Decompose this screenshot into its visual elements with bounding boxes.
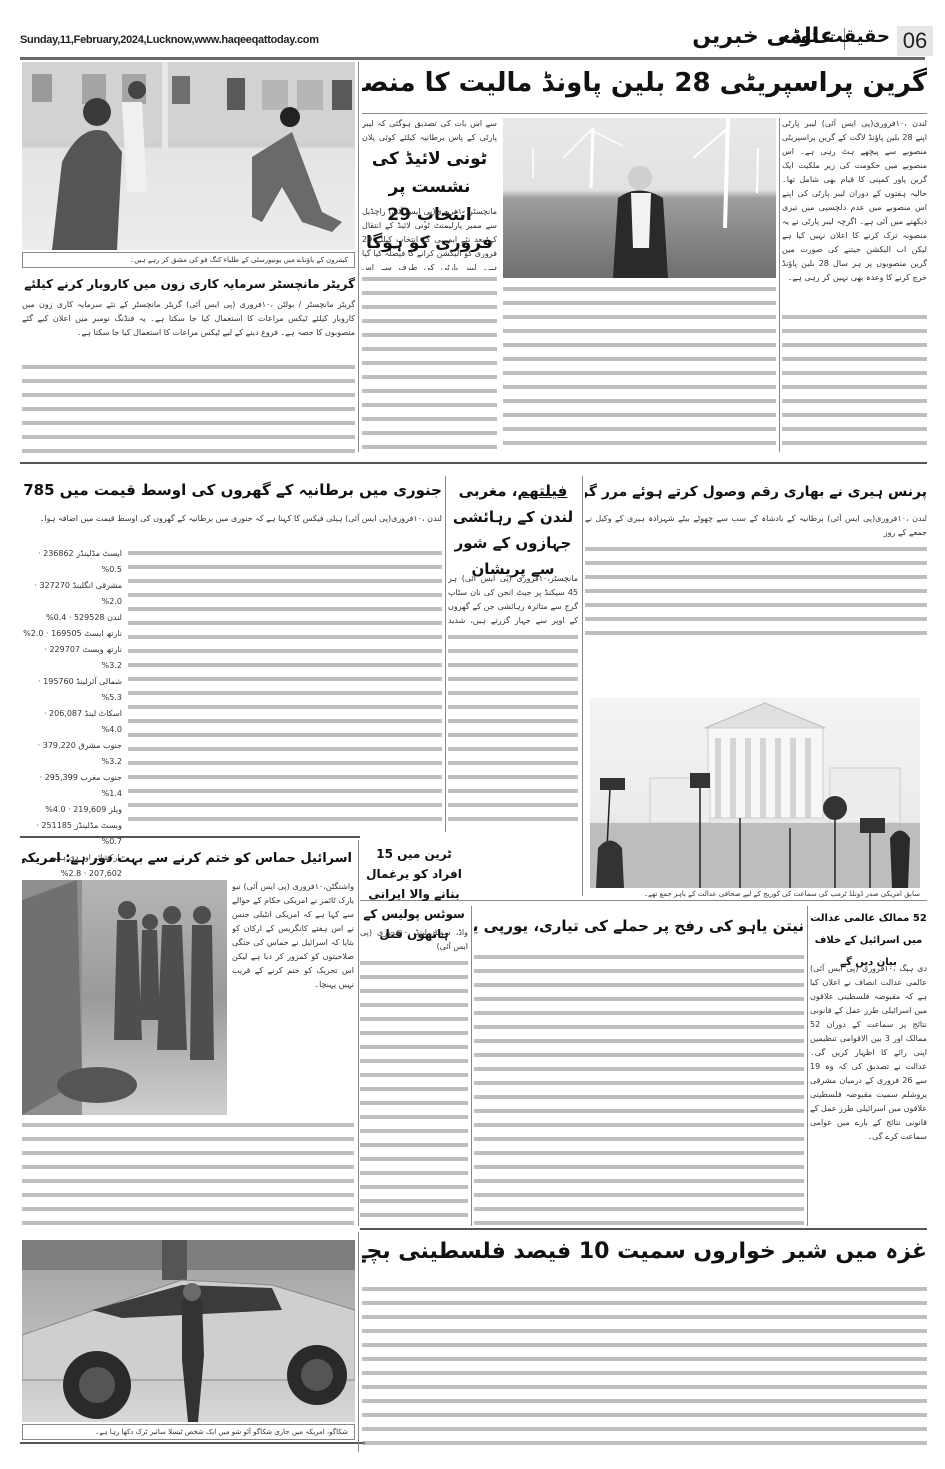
tony-lloyd-headline: ٹونی لائیڈ کی نشست پر انتخاب 29 فروری کو… <box>362 145 497 203</box>
green-prosperity-body: لندن ،۱۰فروری(پی ایس آئی) لیبر پارٹی اپن… <box>782 117 927 307</box>
green-prosperity-headline: گرین پراسپریٹی 28 بلین پاونڈ مالیت کا من… <box>362 60 927 110</box>
green-prosperity-dateline: لندن ،۱۰فروری(پی ایس آئی) لیبر پارٹی اپن… <box>782 119 927 156</box>
greater-manchester-continued-text <box>22 360 355 454</box>
kungfu-photo-caption: کیمرون کے یاؤنڈے میں یونیورسٹی کے طلباء … <box>22 252 355 268</box>
section-rule <box>20 462 927 464</box>
israel-hamas-headline: اسرائیل حماس کو ختم کرنے سے بہت دور ہے: … <box>22 846 352 874</box>
cybertruck-photo-caption: شکاگو، امریکہ میں جاری شکاگو آٹو شو میں … <box>22 1424 355 1440</box>
region-row: جنوب مشرق 379,220 · 3.2% <box>22 738 122 770</box>
region-row: نارتھ ایسٹ 169505 · 2.0% <box>22 626 122 642</box>
tony-lloyd-intro: سے اس بات کی تصدیق ہوگئی کہ لیبر پارٹی ک… <box>362 117 497 145</box>
region-row: ایسٹ مڈلینڈز 236862 · 0.5% <box>22 546 122 578</box>
israel-hamas-dateline: واشنگٹن،۱۰فروری (پی ایس آئی) <box>243 882 354 891</box>
israel-hamas-continued-text <box>22 1118 354 1226</box>
feltham-headline: فیلتھم، مغربی لندن کے رہائشی جہازوں کے ش… <box>448 478 578 568</box>
windfarm-illustration <box>503 118 776 278</box>
region-row: لندن 529528 · 0.4% <box>22 610 122 626</box>
netanyahu-rafah-headline: نیتن یاہو کی رفح پر حملے کی تیاری، یورپی… <box>474 910 804 944</box>
tony-lloyd-dateline: مانچسٹر،۱۰فروری(پی ایس آئی) راچڈیل سے مم… <box>362 207 497 270</box>
icj-52-text: عالمی عدالت انصاف نے اعلان کیا ہے کہ مقب… <box>810 978 927 1141</box>
tony-lloyd-body: مانچسٹر،۱۰فروری(پی ایس آئی) راچڈیل سے مم… <box>362 205 497 270</box>
icj-52-body: دی ہیگ ،۱۰فروری (پی ایس آئی) عالمی عدالت… <box>810 962 927 1226</box>
bottom-rule <box>20 1442 365 1444</box>
column-divider <box>358 840 359 1226</box>
greater-manchester-body: گریٹر مانچسٹر / بولٹن ،۱۰فروری (پی ایس آ… <box>22 298 355 358</box>
section-rule <box>20 836 360 838</box>
section-rule <box>360 1228 927 1230</box>
green-prosperity-continued-text <box>782 310 927 452</box>
green-prosperity-text: اس منصوبے میں حکومت کی زیر ملکیت ایک گری… <box>782 147 927 282</box>
gaza-malnutrition-text <box>362 1282 927 1452</box>
tony-lloyd-continued-text <box>362 272 497 452</box>
icj-52-headline: 52 ممالک عالمی عدالت میں اسرائیل کے خلاف… <box>810 908 927 958</box>
tony-lloyd-text: لیبر پارٹی کی طرف سے اس نشست پر اظہر علی… <box>362 263 497 270</box>
kungfu-photo <box>22 62 355 250</box>
soldiers-photo <box>22 880 227 1115</box>
region-row: جنوب مغرب 295,399 · 1.4% <box>22 770 122 802</box>
uk-house-prices-text <box>128 546 442 831</box>
netanyahu-rafah-text <box>474 950 804 1226</box>
courthouse-illustration <box>590 698 920 888</box>
feltham-highlight: فیلتھم <box>517 482 567 500</box>
regional-price-list: ایسٹ مڈلینڈز 236862 · 0.5% مشرقی انگلینڈ… <box>22 546 122 831</box>
feltham-text <box>448 630 578 830</box>
martial-arts-illustration <box>22 62 355 250</box>
cybertruck-illustration <box>22 1240 355 1422</box>
train-hostage-text <box>360 956 468 1226</box>
dateline: Sunday,11,February,2024,Lucknow,www.haqe… <box>20 34 319 46</box>
greater-manchester-headline: گریٹر مانچسٹر سرمایہ کاری زون میں کاروبا… <box>22 274 355 294</box>
column-divider <box>358 1232 359 1452</box>
headline-underline <box>362 113 927 114</box>
column-divider <box>582 476 583 896</box>
column-divider <box>807 906 808 1226</box>
column-divider <box>471 906 472 1226</box>
train-hostage-headline: ٹرین میں 15 افراد کو یرغمال بنانے والا ا… <box>360 844 468 924</box>
region-row: ویلز 219,609 · 4.0% <box>22 802 122 818</box>
supreme-court-photo <box>590 698 920 888</box>
gaza-malnutrition-headline: غزہ میں شیر خواروں سمیت 10 فیصد فلسطینی … <box>362 1232 927 1276</box>
supreme-court-caption: سابق امریکی صدر ڈونلڈ ٹرمپ کی سماعت کی ک… <box>590 888 920 900</box>
feltham-dateline: مانچسٹر،۱۰فروری (پی ایس آئی) ہر 45 سیکنڈ… <box>448 572 578 628</box>
israel-hamas-text: نیو یارک ٹائمز نے امریکی حکام کے حوالے س… <box>232 882 354 989</box>
prince-harry-dateline: لندن ،۱۰فروری(پی ایس آئی) برطانیہ کے باد… <box>585 512 927 540</box>
region-row: نارتھ ویسٹ 229707 · 3.2% <box>22 642 122 674</box>
train-hostage-dateline: واڈ، سوئٹزرلینڈ ،۱۰فروری (پی ایس آئی) <box>360 926 468 954</box>
region-row: شمالی آئرلینڈ 195760 · 5.3% <box>22 674 122 706</box>
page-number: 06 <box>897 26 933 56</box>
column-divider <box>358 62 359 452</box>
israel-hamas-body: واشنگٹن،۱۰فروری (پی ایس آئی) نیو یارک ٹا… <box>232 880 354 1115</box>
prince-harry-text <box>585 542 927 642</box>
newspaper-logo: حقیقت ٹوڈے <box>782 26 890 47</box>
prince-harry-headline: پرنس ہیری نے بھاری رقم وصول کرتے ہوئے مر… <box>585 478 927 508</box>
starmer-story-text <box>503 282 776 452</box>
region-row: مشرقی انگلینڈ 327270 · 2.0% <box>22 578 122 610</box>
region-row: اسکاٹ لینڈ 206,087 · 4.0% <box>22 706 122 738</box>
starmer-windfarm-photo <box>503 118 776 278</box>
column-divider <box>445 476 446 832</box>
soldiers-illustration <box>22 880 227 1115</box>
uk-house-prices-headline: جنوری میں برطانیہ کے گھروں کی اوسط قیمت … <box>22 476 442 506</box>
icj-52-dateline: دی ہیگ ،۱۰فروری (پی ایس آئی) <box>810 964 927 973</box>
cybertruck-photo <box>22 1240 355 1422</box>
uk-house-prices-dateline: لندن ،۱۰فروری(پی ایس آئی) ہیلی فیکس کا ک… <box>22 512 442 542</box>
column-divider <box>779 118 780 452</box>
